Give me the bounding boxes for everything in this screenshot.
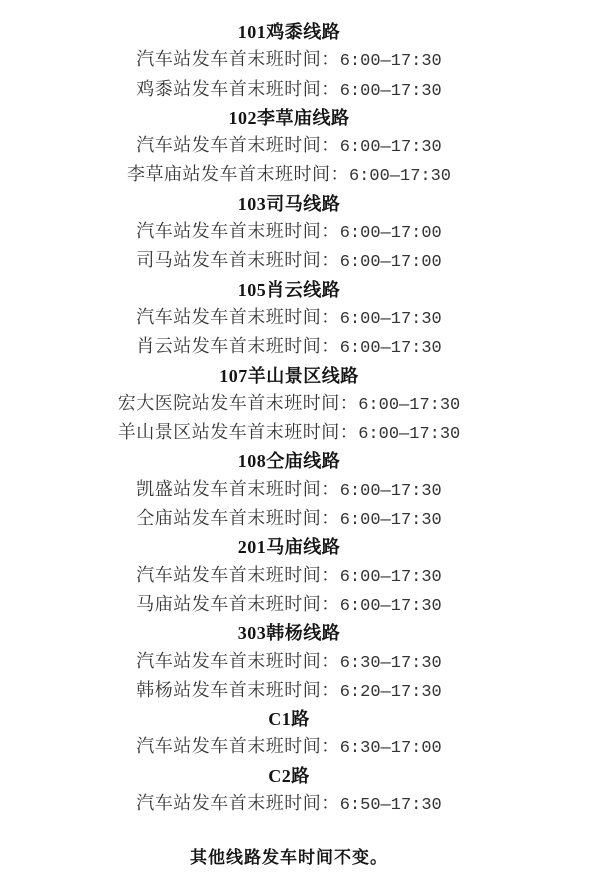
route-block-102: 102李草庙线路 汽车站发车首末班时间：6:00—17:30 李草庙站发车首末班…: [0, 105, 578, 191]
route-block-c1: C1路 汽车站发车首末班时间：6:30—17:00: [0, 706, 578, 763]
route-entry: 肖云站发车首末班时间：6:00—17:30: [0, 333, 578, 362]
route-entry: 司马站发车首末班时间：6:00—17:00: [0, 247, 578, 276]
route-block-303: 303韩杨线路 汽车站发车首末班时间：6:30—17:30 韩杨站发车首末班时间…: [0, 620, 578, 706]
route-entry: 宏大医院站发车首末班时间：6:00—17:30: [0, 390, 578, 419]
time-range: 6:20—17:30: [340, 683, 442, 702]
route-title: 201马庙线路: [0, 534, 578, 561]
station-label: 汽车站发车首末班时间：: [136, 736, 340, 756]
station-label: 凯盛站发车首末班时间：: [136, 479, 340, 499]
route-block-103: 103司马线路 汽车站发车首末班时间：6:00—17:00 司马站发车首末班时间…: [0, 191, 578, 277]
station-label: 汽车站发车首末班时间：: [136, 221, 340, 241]
route-entry: 鸡黍站发车首末班时间：6:00—17:30: [0, 76, 578, 105]
time-range: 6:00—17:30: [340, 138, 442, 157]
station-label: 司马站发车首末班时间：: [136, 250, 340, 270]
route-entry: 汽车站发车首末班时间：6:00—17:30: [0, 562, 578, 591]
time-range: 6:00—17:30: [340, 310, 442, 329]
route-entry: 韩杨站发车首末班时间：6:20—17:30: [0, 677, 578, 706]
route-entry: 汽车站发车首末班时间：6:30—17:30: [0, 648, 578, 677]
time-range: 6:00—17:30: [358, 396, 460, 415]
route-title: 103司马线路: [0, 191, 578, 218]
time-range: 6:00—17:30: [340, 482, 442, 501]
route-block-c2: C2路 汽车站发车首末班时间：6:50—17:30: [0, 763, 578, 820]
station-label: 汽车站发车首末班时间：: [136, 135, 340, 155]
station-label: 汽车站发车首末班时间：: [136, 307, 340, 327]
route-entry: 汽车站发车首末班时间：6:00—17:30: [0, 304, 578, 333]
station-label: 羊山景区站发车首末班时间：: [118, 422, 359, 442]
time-range: 6:00—17:00: [340, 253, 442, 272]
route-entry: 李草庙站发车首末班时间：6:00—17:30: [0, 161, 578, 190]
time-range: 6:00—17:30: [340, 511, 442, 530]
route-block-201: 201马庙线路 汽车站发车首末班时间：6:00—17:30 马庙站发车首末班时间…: [0, 534, 578, 620]
time-range: 6:00—17:30: [340, 52, 442, 71]
route-title: 303韩杨线路: [0, 620, 578, 647]
time-range: 6:00—17:30: [340, 597, 442, 616]
time-range: 6:00—17:30: [349, 167, 451, 186]
time-range: 6:00—17:00: [340, 224, 442, 243]
route-entry: 凯盛站发车首末班时间：6:00—17:30: [0, 476, 578, 505]
time-range: 6:00—17:30: [340, 82, 442, 101]
route-title: 105肖云线路: [0, 277, 578, 304]
route-entry: 汽车站发车首末班时间：6:30—17:00: [0, 733, 578, 762]
route-block-108: 108仝庙线路 凯盛站发车首末班时间：6:00—17:30 仝庙站发车首末班时间…: [0, 448, 578, 534]
time-range: 6:50—17:30: [340, 796, 442, 815]
station-label: 鸡黍站发车首末班时间：: [136, 79, 340, 99]
station-label: 肖云站发车首末班时间：: [136, 336, 340, 356]
time-range: 6:00—17:30: [358, 425, 460, 444]
route-block-101: 101鸡黍线路 汽车站发车首末班时间：6:00—17:30 鸡黍站发车首末班时间…: [0, 19, 578, 105]
route-entry: 羊山景区站发车首末班时间：6:00—17:30: [0, 419, 578, 448]
station-label: 汽车站发车首末班时间：: [136, 793, 340, 813]
route-entry: 马庙站发车首末班时间：6:00—17:30: [0, 591, 578, 620]
station-label: 李草庙站发车首末班时间：: [127, 164, 349, 184]
station-label: 仝庙站发车首末班时间：: [136, 508, 340, 528]
route-block-107: 107羊山景区线路 宏大医院站发车首末班时间：6:00—17:30 羊山景区站发…: [0, 363, 578, 449]
time-range: 6:00—17:30: [340, 339, 442, 358]
route-entry: 汽车站发车首末班时间：6:50—17:30: [0, 790, 578, 819]
route-entry: 汽车站发车首末班时间：6:00—17:00: [0, 218, 578, 247]
route-title: 101鸡黍线路: [0, 19, 578, 46]
route-title: 107羊山景区线路: [0, 363, 578, 390]
station-label: 韩杨站发车首末班时间：: [136, 680, 340, 700]
route-title: C2路: [0, 763, 578, 790]
footer-note: 其他线路发车时间不变。: [0, 844, 578, 871]
station-label: 汽车站发车首末班时间：: [136, 49, 340, 69]
bus-schedule-document: 101鸡黍线路 汽车站发车首末班时间：6:00—17:30 鸡黍站发车首末班时间…: [0, 0, 597, 877]
time-range: 6:30—17:30: [340, 654, 442, 673]
station-label: 宏大医院站发车首末班时间：: [118, 393, 359, 413]
route-title: 102李草庙线路: [0, 105, 578, 132]
station-label: 马庙站发车首末班时间：: [136, 594, 340, 614]
route-entry: 仝庙站发车首末班时间：6:00—17:30: [0, 505, 578, 534]
time-range: 6:30—17:00: [340, 739, 442, 758]
route-title: 108仝庙线路: [0, 448, 578, 475]
route-entry: 汽车站发车首末班时间：6:00—17:30: [0, 46, 578, 75]
station-label: 汽车站发车首末班时间：: [136, 651, 340, 671]
route-block-105: 105肖云线路 汽车站发车首末班时间：6:00—17:30 肖云站发车首末班时间…: [0, 277, 578, 363]
time-range: 6:00—17:30: [340, 568, 442, 587]
route-entry: 汽车站发车首末班时间：6:00—17:30: [0, 132, 578, 161]
station-label: 汽车站发车首末班时间：: [136, 565, 340, 585]
route-title: C1路: [0, 706, 578, 733]
